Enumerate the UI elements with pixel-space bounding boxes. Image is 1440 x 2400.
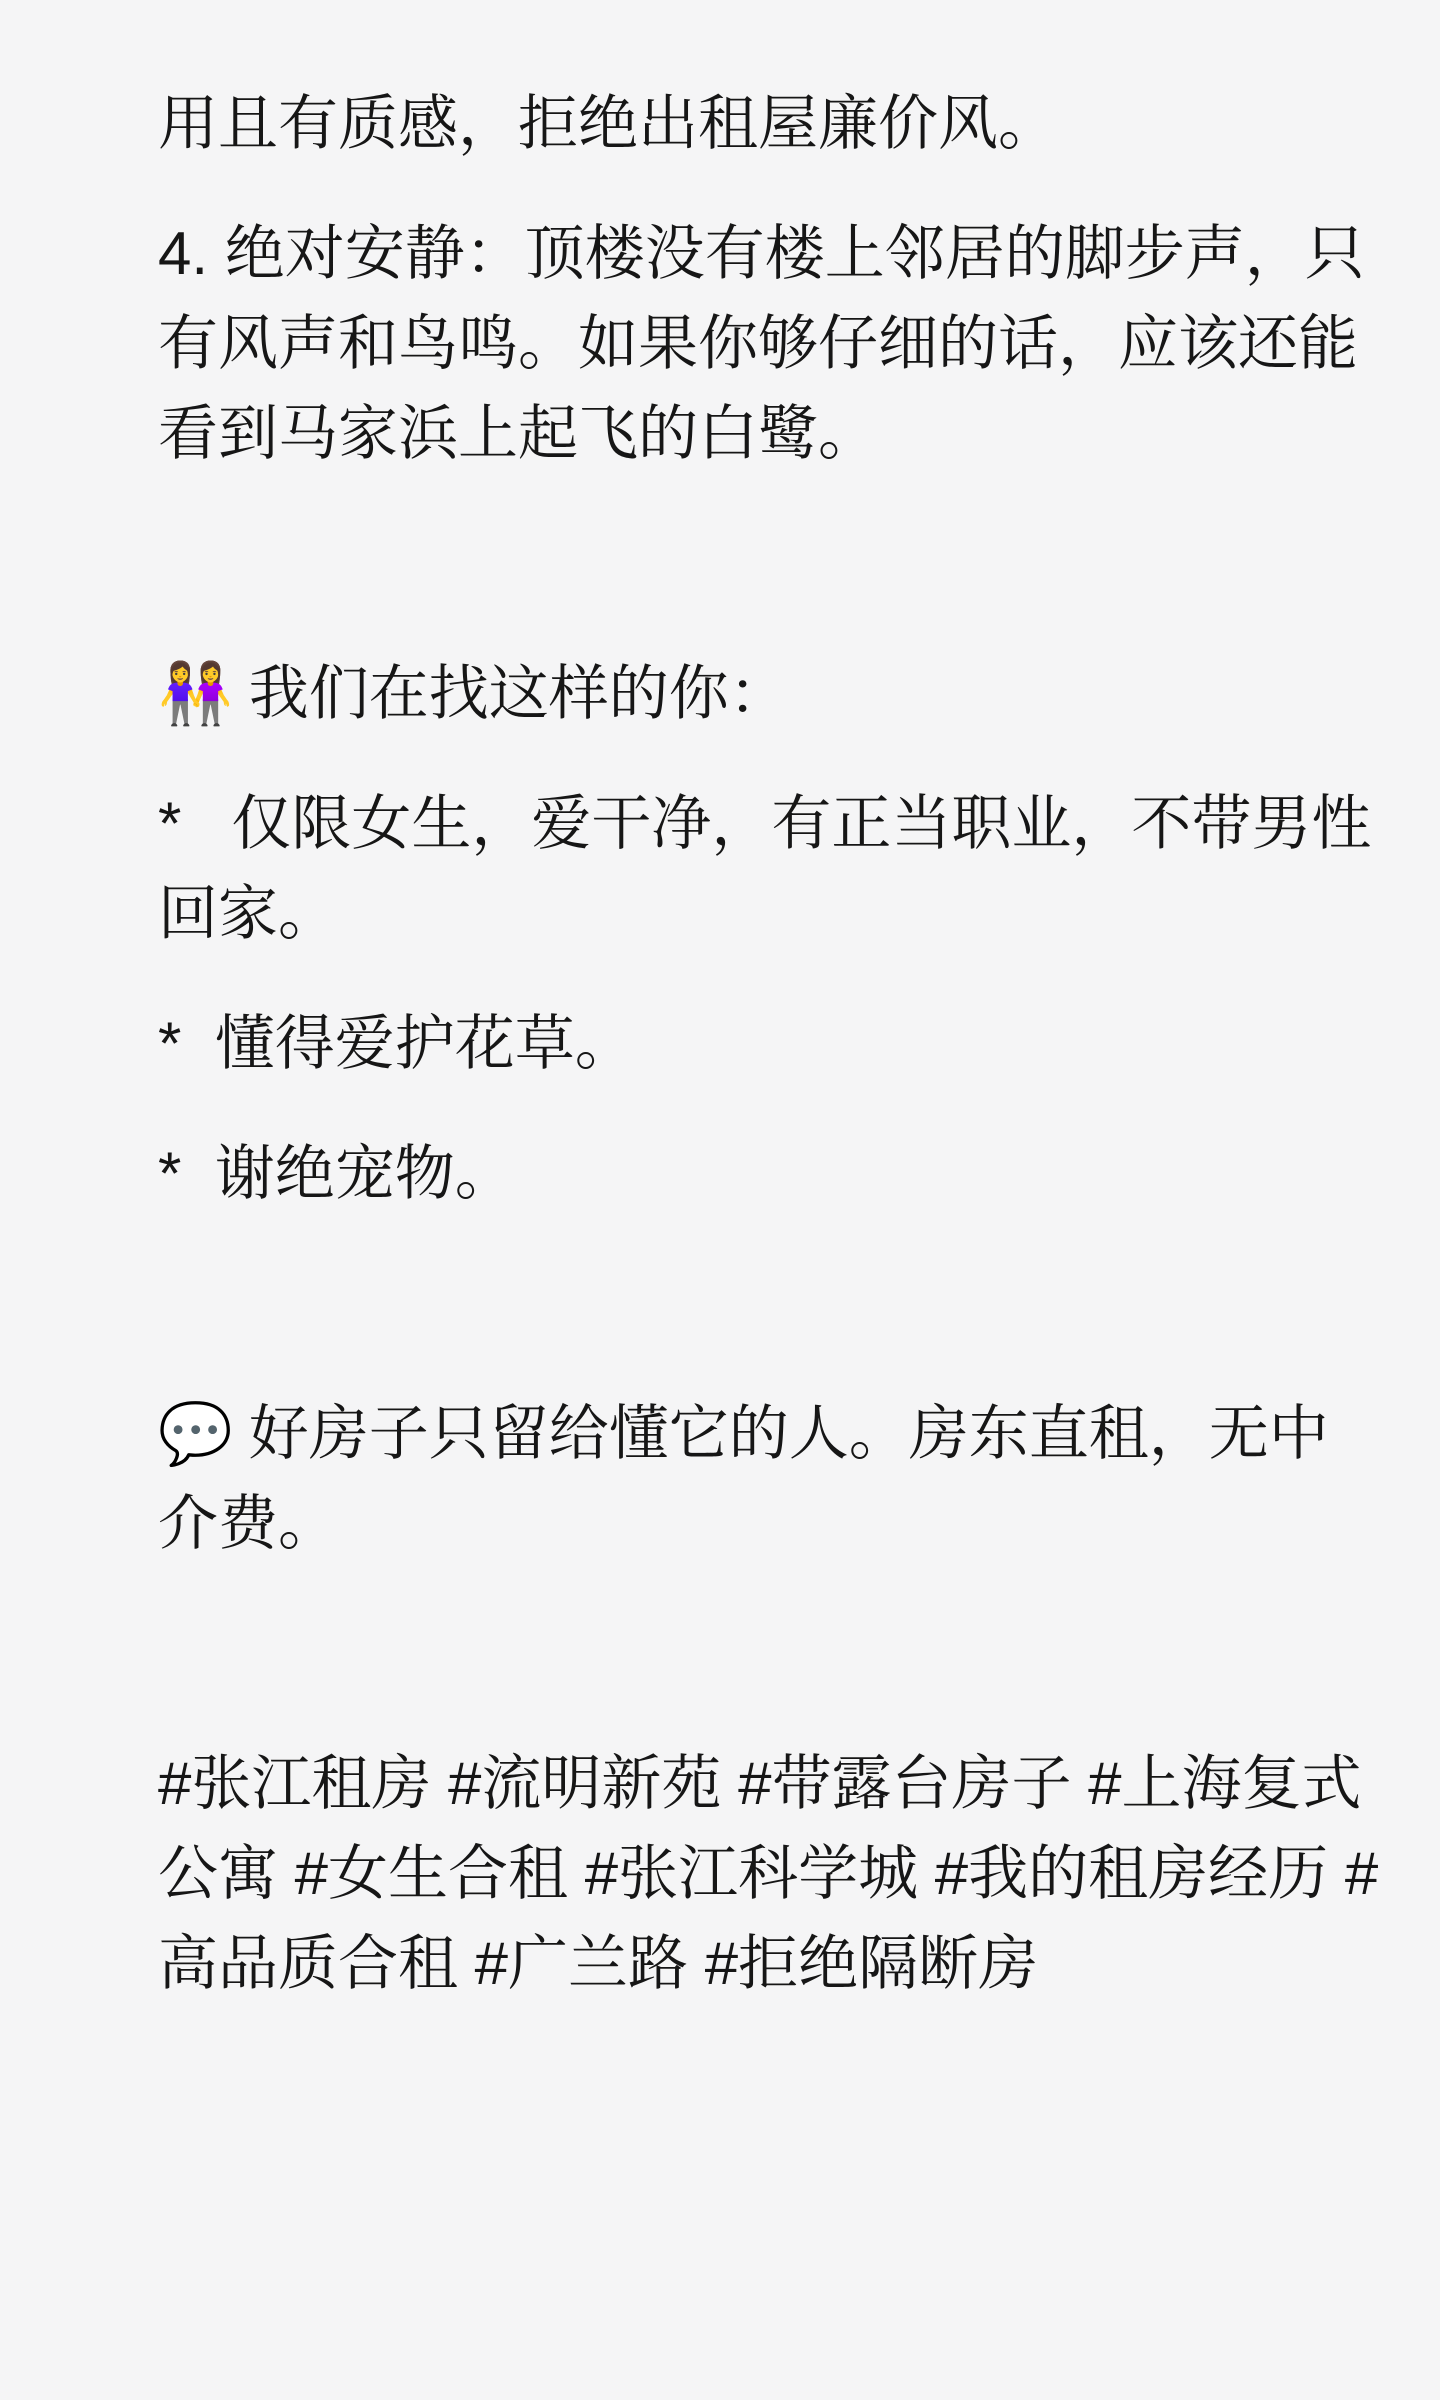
- hashtag-link[interactable]: #张江科学城: [585, 1840, 918, 1907]
- hashtag-link[interactable]: #女生合租: [295, 1840, 568, 1907]
- women-holding-hands-emoji: 👭: [158, 660, 233, 727]
- heading-looking-for: 👭我们在找这样的你：: [158, 649, 1382, 739]
- hashtag-link[interactable]: #张江租房: [158, 1750, 431, 1817]
- paragraph-absolute-quiet: 4. 绝对安静：顶楼没有楼上邻居的脚步声，只有风声和鸟鸣。如果你够仔细的话，应该…: [158, 209, 1382, 479]
- speech-balloon-emoji: 💬: [158, 1400, 233, 1467]
- paragraph-landlord-direct-text: 好房子只留给懂它的人。房东直租，无中介费。: [158, 1400, 1329, 1557]
- hashtag-link[interactable]: #广兰路: [475, 1930, 688, 1997]
- paragraph-quality-tail: 用且有质感，拒绝出租屋廉价风。: [158, 79, 1382, 169]
- bullet-love-plants: * 懂得爱护花草。: [158, 999, 1382, 1089]
- paragraph-landlord-direct: 💬好房子只留给懂它的人。房东直租，无中介费。: [158, 1389, 1382, 1569]
- heading-looking-for-text: 我们在找这样的你：: [249, 660, 789, 727]
- hashtag-link[interactable]: #我的租房经历: [935, 1840, 1328, 1907]
- hashtag-link[interactable]: #流明新苑: [448, 1750, 721, 1817]
- bullet-no-pets: * 谢绝宠物。: [158, 1129, 1382, 1219]
- paragraph-hashtags: #张江租房 #流明新苑 #带露台房子 #上海复式公寓 #女生合租 #张江科学城 …: [158, 1739, 1382, 2009]
- post-body: 用且有质感，拒绝出租屋廉价风。 4. 绝对安静：顶楼没有楼上邻居的脚步声，只有风…: [0, 0, 1440, 2009]
- bullet-girls-only: * 仅限女生，爱干净，有正当职业，不带男性回家。: [158, 779, 1382, 959]
- hashtag-link[interactable]: #带露台房子: [738, 1750, 1071, 1817]
- hashtag-link[interactable]: #拒绝隔断房: [705, 1930, 1038, 1997]
